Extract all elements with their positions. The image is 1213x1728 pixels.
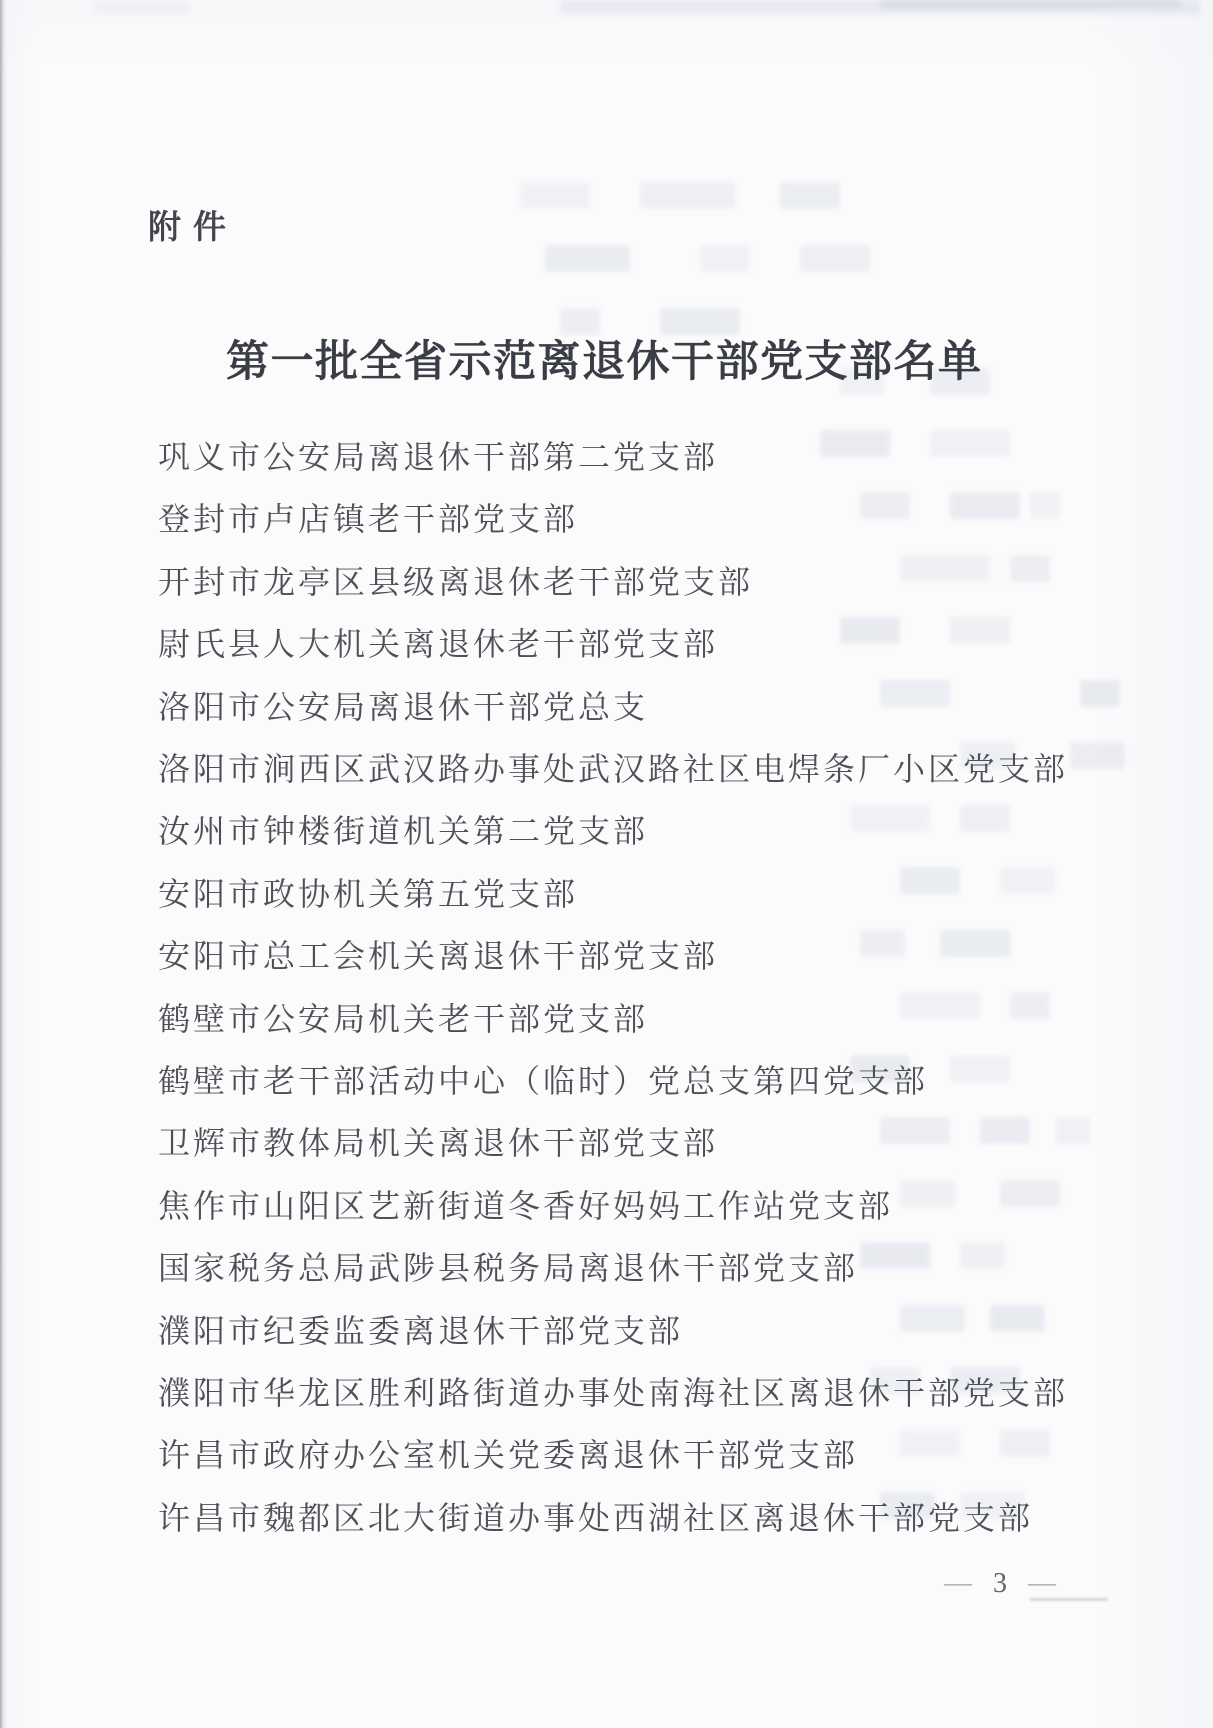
- list-item: 许昌市魏都区北大街道办事处西湖社区离退休干部党支部: [158, 1498, 1033, 1538]
- footer-dash-right: —: [1028, 1570, 1056, 1599]
- list-item: 安阳市总工会机关离退休干部党支部: [158, 936, 718, 976]
- branch-list: 巩义市公安局离退休干部第二党支部登封市卢店镇老干部党支部开封市龙亭区县级离退休老…: [0, 0, 1213, 1728]
- list-item: 卫辉市教体局机关离退休干部党支部: [158, 1123, 718, 1163]
- list-item: 鹤壁市公安局机关老干部党支部: [158, 999, 648, 1039]
- footer-page-number: 3: [993, 1568, 1007, 1600]
- list-item: 鹤壁市老干部活动中心（临时）党总支第四党支部: [158, 1061, 928, 1101]
- list-item: 国家税务总局武陟县税务局离退休干部党支部: [158, 1248, 858, 1288]
- list-item: 尉氏县人大机关离退休老干部党支部: [158, 624, 718, 664]
- list-item: 濮阳市华龙区胜利路街道办事处南海社区离退休干部党支部: [158, 1373, 1068, 1413]
- list-item: 许昌市政府办公室机关党委离退休干部党支部: [158, 1435, 858, 1475]
- list-item: 安阳市政协机关第五党支部: [158, 874, 578, 914]
- list-item: 洛阳市涧西区武汉路办事处武汉路社区电焊条厂小区党支部: [158, 749, 1068, 789]
- footer-dash-left: —: [944, 1570, 972, 1599]
- list-item: 焦作市山阳区艺新街道冬香好妈妈工作站党支部: [158, 1186, 893, 1226]
- list-item: 汝州市钟楼街道机关第二党支部: [158, 811, 648, 851]
- scanned-document-page: 附件 第一批全省示范离退休干部党支部名单 巩义市公安局离退休干部第二党支部登封市…: [0, 0, 1213, 1728]
- list-item: 开封市龙亭区县级离退休老干部党支部: [158, 562, 753, 602]
- list-item: 濮阳市纪委监委离退休干部党支部: [158, 1311, 683, 1351]
- page-footer: — 3 —: [944, 1568, 1056, 1600]
- scan-edge-artifact: [0, 0, 7, 1728]
- list-item: 巩义市公安局离退休干部第二党支部: [158, 437, 718, 477]
- list-item: 洛阳市公安局离退休干部党总支: [158, 687, 648, 727]
- list-item: 登封市卢店镇老干部党支部: [158, 499, 578, 539]
